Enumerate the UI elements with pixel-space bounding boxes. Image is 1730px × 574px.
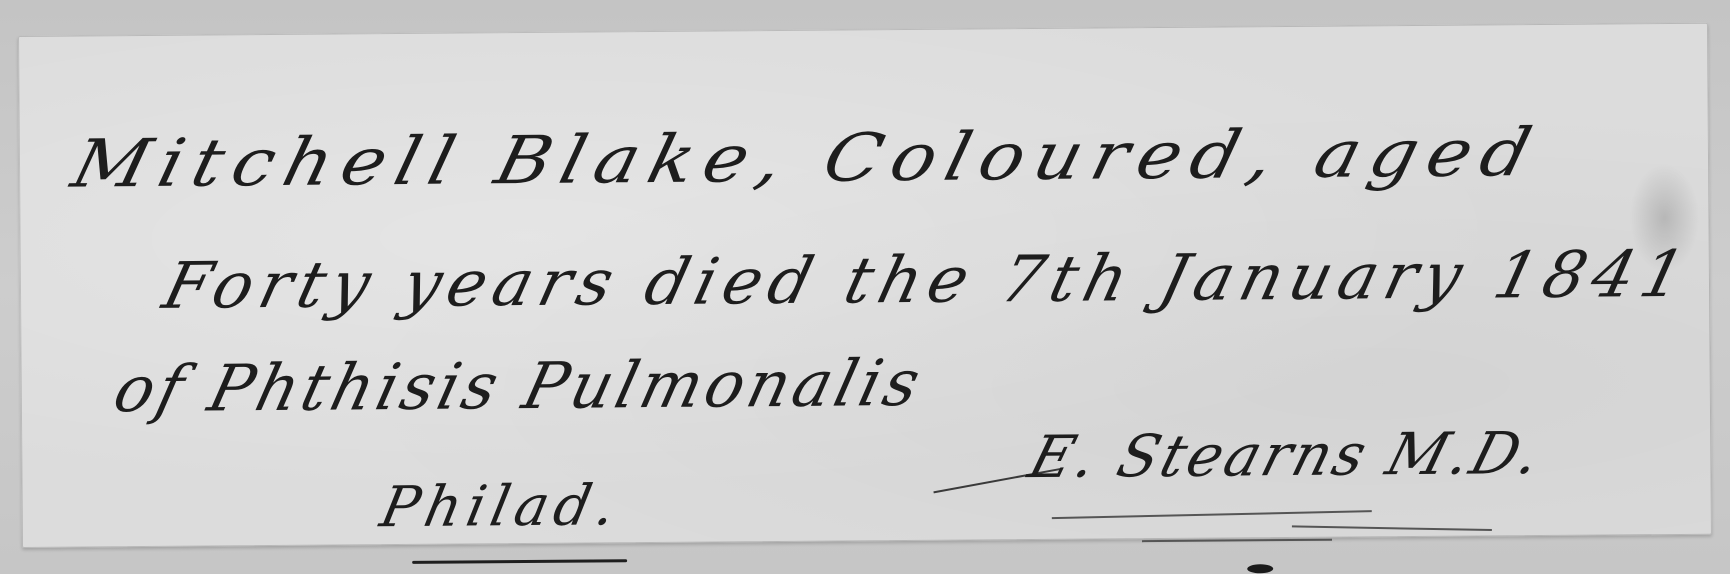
record-line-2: Forty years died the 7th January 1841 <box>156 238 1699 324</box>
signature-rule <box>1052 510 1372 519</box>
signature: E. Stearns M.D. <box>1022 419 1551 491</box>
document-slip: Mitchell Blake, Coloured, aged Forty yea… <box>18 23 1712 548</box>
record-line-3: of Phthisis Pulmonalis <box>107 347 931 427</box>
record-line-1: Mitchell Blake, Coloured, aged <box>65 114 1549 203</box>
signature-rule <box>1292 525 1492 531</box>
place-name: Philad. <box>375 473 627 540</box>
